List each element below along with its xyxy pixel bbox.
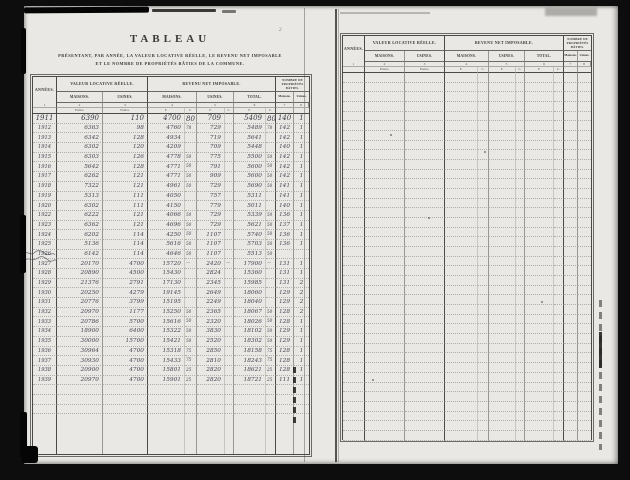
empty-row-cell [405, 373, 445, 383]
empty-row-cell [405, 170, 445, 180]
empty-row-cell [343, 305, 365, 315]
empty-row-cell [489, 170, 516, 180]
rni-maisons-cell: 15801 [148, 366, 185, 376]
empty-row-cell [516, 412, 525, 422]
empty-row-cell [564, 228, 578, 238]
rni-total-header: TOTAL. [234, 92, 276, 103]
nb-usines-cell: 2 [294, 279, 309, 289]
empty-row-cell [578, 131, 591, 141]
empty-row-cell [564, 266, 578, 276]
rni-usines-cent-cell [225, 298, 234, 308]
empty-row-cell [445, 92, 478, 102]
valeur-locative-group-header: VALEUR LOCATIVE RÉELLE. [57, 77, 148, 92]
empty-row-cell [365, 305, 405, 315]
empty-row-cell [445, 83, 478, 93]
empty-row-cell [525, 189, 554, 199]
empty-row-cell [343, 160, 365, 170]
empty-row-cell [564, 83, 578, 93]
rni-usines-cell: 2520 [197, 337, 225, 347]
rni-usines-cent-cell [225, 250, 234, 260]
vl-usines-cell: 4700 [103, 376, 148, 386]
empty-row-cell [478, 353, 489, 363]
empty-row-cell [365, 179, 405, 189]
empty-row-cell [489, 315, 516, 325]
empty-row-cell [489, 266, 516, 276]
nb-usines-cell: 2 [294, 308, 309, 318]
empty-row-cell [564, 344, 578, 354]
vl-usines-cell: 4500 [103, 269, 148, 279]
rni-usines-cent-cell [225, 143, 234, 153]
empty-row-cell [564, 257, 578, 267]
title-block: TABLEAU PRÉSENTANT, PAR ANNÉE, LA VALEUR… [32, 33, 308, 66]
empty-row-cell [525, 266, 554, 276]
empty-row-cell [445, 305, 478, 315]
empty-row-cell [525, 402, 554, 412]
empty-row-cell [445, 218, 478, 228]
nb-maisons-cell: 142 [276, 124, 294, 134]
empty-row-cell [516, 353, 525, 363]
empty-row-cell [478, 344, 489, 354]
empty-row-cell [405, 402, 445, 412]
rni-usines-cell: 709 [197, 143, 225, 153]
rni-usines-header: USINES. [197, 92, 234, 103]
empty-row-cell [445, 160, 478, 170]
rni-maisons-cell: 4700 [148, 114, 185, 124]
empty-row-cell [343, 179, 365, 189]
vl-usines-cell: 120 [103, 143, 148, 153]
rni-maisons-cent-cell: 75 [185, 356, 197, 366]
empty-row-cell [445, 141, 478, 151]
nb-usines-cell: 1 [294, 211, 309, 221]
valeur-locative-group-header: VALEUR LOCATIVE RÉELLE. [365, 36, 445, 51]
rni-usines-cell: 1107 [197, 250, 225, 260]
empty-row-cell [478, 383, 489, 393]
empty-row-cell [225, 395, 234, 405]
vl-usines-cell: 126 [103, 153, 148, 163]
nb-usines-cell: 1 [294, 114, 309, 124]
empty-row-cell [489, 160, 516, 170]
rni-usines-cent-cell [225, 211, 234, 221]
rni-total-cell: 5690 [234, 182, 266, 192]
vl-maisons-cell: 20970 [57, 308, 103, 318]
rni-maisons-cell: 4066 [148, 211, 185, 221]
empty-row-cell [445, 73, 478, 83]
empty-row-cell [405, 353, 445, 363]
year-cell: 1936 [33, 347, 57, 357]
empty-row-cell [343, 189, 365, 199]
empty-row-cell [478, 131, 489, 141]
vl-usines-cell: 121 [103, 221, 148, 231]
rni-usines-cell: 2810 [197, 356, 225, 366]
empty-row-cell [525, 150, 554, 160]
empty-row-cell [478, 373, 489, 383]
year-cell: 1922 [33, 211, 57, 221]
empty-row-cell [148, 385, 185, 395]
rni-total-cell: 5703 [234, 240, 266, 250]
empty-row-cell [525, 431, 554, 441]
nb-maisons-cell: 140 [276, 201, 294, 211]
empty-row-cell [489, 102, 516, 112]
rni-maisons-cent-cell: 50 [185, 337, 197, 347]
empty-row-cell [554, 266, 564, 276]
rni-total-cell: 18243 [234, 356, 266, 366]
rni-usines-cell: 757 [197, 192, 225, 202]
filler-cell [276, 414, 294, 454]
empty-row-cell [489, 83, 516, 93]
rni-maisons-cell: 15322 [148, 327, 185, 337]
nb-maisons-cell: 136 [276, 230, 294, 240]
empty-row-cell [516, 160, 525, 170]
empty-row-cell [489, 92, 516, 102]
empty-row-cell [516, 247, 525, 257]
nb-maisons-cell: 131 [276, 269, 294, 279]
empty-row-cell [525, 141, 554, 151]
nb-usines-cell: 1 [294, 133, 309, 143]
rni-usines-cell: 729 [197, 182, 225, 192]
rni-maisons-cell: 4760 [148, 124, 185, 134]
year-cell: 1939 [33, 376, 57, 386]
empty-row-cell [525, 112, 554, 122]
empty-row-cell [478, 247, 489, 257]
rni-maisons-cell: 4050 [148, 192, 185, 202]
empty-row-cell [365, 208, 405, 218]
rni-maisons-cell: 15433 [148, 356, 185, 366]
rni-usines-cent-cell [225, 133, 234, 143]
rni-total-cell: 5600 [234, 172, 266, 182]
empty-row-cell [554, 228, 564, 238]
rni-usines-cent-cell [225, 308, 234, 318]
empty-row-cell [478, 412, 489, 422]
rni-maisons-cent-cell [185, 279, 197, 289]
vl-usines-cell: 3799 [103, 298, 148, 308]
empty-row-cell [405, 102, 445, 112]
rni-total-cent-cell: 50 [266, 172, 276, 182]
empty-row-cell [365, 83, 405, 93]
empty-row-cell [554, 141, 564, 151]
empty-row-cell [365, 353, 405, 363]
empty-row-cell [516, 73, 525, 83]
empty-row-cell [516, 208, 525, 218]
rni-total-cell: 18621 [234, 366, 266, 376]
empty-row-cell [554, 150, 564, 160]
empty-row-cell [225, 385, 234, 395]
empty-row-cell [445, 179, 478, 189]
empty-row-cell [564, 363, 578, 373]
empty-row-cell [103, 405, 148, 415]
rni-maisons-cell: 4150 [148, 201, 185, 211]
empty-row-cell [445, 324, 478, 334]
vl-maisons-cell: 20970 [57, 376, 103, 386]
rni-usines-cent-cell [225, 172, 234, 182]
empty-row-cell [405, 150, 445, 160]
empty-row-cell [489, 363, 516, 373]
empty-row-cell [365, 286, 405, 296]
vl-usines-cell: 4279 [103, 288, 148, 298]
vl-usines-cell: 1177 [103, 308, 148, 318]
rni-maisons-cent-cell [185, 143, 197, 153]
nombre-proprietes-group-header: NOMBRE DE PROPRIÉTÉS BÂTIES. [564, 36, 591, 51]
empty-row-cell [489, 189, 516, 199]
year-cell: 1928 [33, 269, 57, 279]
rni-maisons-cell: 4961 [148, 182, 185, 192]
vl-maisons-cell: 20786 [57, 317, 103, 327]
rni-usines-cell: 1107 [197, 230, 225, 240]
rni-total-cent-cell: 75 [266, 356, 276, 366]
empty-row-cell [478, 199, 489, 209]
empty-row-cell [516, 324, 525, 334]
year-cell: 1918 [33, 182, 57, 192]
nb-maisons-cell: 111 [276, 376, 294, 386]
nb-maisons-cell: 128 [276, 347, 294, 357]
empty-row-cell [478, 102, 489, 112]
empty-row-cell [564, 150, 578, 160]
empty-row-cell [197, 405, 225, 415]
empty-row-cell [365, 266, 405, 276]
empty-row-cell [578, 383, 591, 393]
empty-row-cell [445, 353, 478, 363]
vl-usines-cell: 6400 [103, 327, 148, 337]
empty-row-cell [554, 305, 564, 315]
empty-row-cell [554, 208, 564, 218]
empty-row-cell [478, 286, 489, 296]
nb-usines-cell: 1 [294, 221, 309, 231]
filler-cell [234, 414, 266, 454]
empty-row-cell [343, 266, 365, 276]
empty-row-cell [578, 208, 591, 218]
filler-cell [148, 414, 185, 454]
empty-row-cell [405, 131, 445, 141]
scan-artifact-top-blob [24, 7, 149, 14]
document-subtitle-line1: PRÉSENTANT, PAR ANNÉE, LA VALEUR LOCATIV… [32, 53, 308, 58]
rni-maisons-cell: 19145 [148, 288, 185, 298]
rni-total-cent-cell [266, 143, 276, 153]
empty-row-cell [525, 247, 554, 257]
filler-cell [103, 414, 148, 454]
empty-row-cell [489, 421, 516, 431]
empty-row-cell [554, 412, 564, 422]
empty-row-cell [365, 160, 405, 170]
rni-usines-cell: 775 [197, 153, 225, 163]
empty-row-cell [405, 237, 445, 247]
empty-row-cell [525, 383, 554, 393]
empty-row-cell [478, 73, 489, 83]
rni-maisons-cell: 15430 [148, 269, 185, 279]
empty-row-cell [578, 315, 591, 325]
empty-row-cell [405, 315, 445, 325]
empty-row-cell [489, 334, 516, 344]
rni-maisons-cent-cell: 50 [185, 221, 197, 231]
empty-row-cell [578, 199, 591, 209]
empty-row-cell [185, 405, 197, 415]
nb-usines-cell: 1 [294, 259, 309, 269]
filler-cell [266, 414, 276, 454]
empty-row-cell [516, 295, 525, 305]
rni-total-cent-cell: 50 [266, 250, 276, 260]
empty-row-cell [525, 315, 554, 325]
empty-row-cell [478, 208, 489, 218]
empty-row-cell [365, 383, 405, 393]
rni-usines-cent-cell [225, 347, 234, 357]
empty-row-cell [578, 228, 591, 238]
empty-row-cell [554, 121, 564, 131]
empty-row-cell [445, 257, 478, 267]
empty-row-cell [343, 412, 365, 422]
rni-usines-cent-cell [225, 317, 234, 327]
empty-row-cell [266, 395, 276, 405]
vl-usines-cell: 4700 [103, 356, 148, 366]
empty-row-cell [554, 276, 564, 286]
nb-usines-cell: 1 [294, 356, 309, 366]
rni-total-cent-cell [266, 298, 276, 308]
rni-usines-cent-cell [225, 269, 234, 279]
nb-usines-cell: 1 [294, 337, 309, 347]
empty-row-cell [343, 324, 365, 334]
rni-maisons-cent-cell: 25 [185, 366, 197, 376]
empty-row-cell [405, 324, 445, 334]
empty-row-cell [525, 131, 554, 141]
empty-row-cell [343, 392, 365, 402]
rni-total-cent-cell: 50 [266, 230, 276, 240]
empty-row-cell [554, 363, 564, 373]
ink-streak-right-page [599, 300, 602, 450]
empty-row-cell [489, 131, 516, 141]
rni-total-cell: 18721 [234, 376, 266, 386]
rni-maisons-cent-cell: 50 [185, 230, 197, 240]
vl-maisons-header: MAISONS. [365, 51, 405, 62]
year-cell: 1923 [33, 221, 57, 231]
empty-row-cell [405, 121, 445, 131]
empty-row-cell [489, 305, 516, 315]
empty-row-cell [564, 199, 578, 209]
nb-usines-cell: 1 [294, 172, 309, 182]
empty-row-cell [343, 315, 365, 325]
nombre-proprietes-group-header: NOMBRE DE PROPRIÉTÉS BÂTIES. [276, 77, 309, 92]
empty-row-cell [405, 344, 445, 354]
rni-usines-cell: 2824 [197, 269, 225, 279]
vl-maisons-cell: 21376 [57, 279, 103, 289]
empty-row-cell [405, 421, 445, 431]
empty-row-cell [445, 208, 478, 218]
nb-maisons-cell: 129 [276, 327, 294, 337]
nb-usines-cell: 2 [294, 298, 309, 308]
nb-maisons-cell: 128 [276, 317, 294, 327]
nb-maisons-cell: 136 [276, 240, 294, 250]
vl-maisons-cell: 20776 [57, 298, 103, 308]
empty-row-cell [489, 402, 516, 412]
rni-usines-cell: 2345 [197, 279, 225, 289]
empty-row-cell [554, 83, 564, 93]
empty-row-cell [564, 305, 578, 315]
empty-row-cell [578, 189, 591, 199]
empty-row-cell [554, 160, 564, 170]
rni-usines-cell: 729 [197, 221, 225, 231]
rni-total-cell: 5641 [234, 133, 266, 143]
rni-usines-cell: 2365 [197, 308, 225, 318]
rni-usines-cent-cell [225, 356, 234, 366]
empty-row-cell [554, 257, 564, 267]
empty-row-cell [33, 405, 57, 415]
empty-row-cell [516, 373, 525, 383]
empty-row-cell [405, 92, 445, 102]
nb-maisons-cell: 140 [276, 114, 294, 124]
vl-usines-cell: 5700 [103, 317, 148, 327]
vl-maisons-cell: 6302 [57, 201, 103, 211]
empty-row-cell [554, 392, 564, 402]
empty-row-cell [554, 353, 564, 363]
empty-row-cell [489, 276, 516, 286]
empty-row-cell [554, 179, 564, 189]
empty-row-cell [489, 112, 516, 122]
rni-usines-cell: 2420 [197, 259, 225, 269]
rni-maisons-cell: 15250 [148, 308, 185, 318]
rni-total-cell: 18158 [234, 347, 266, 357]
rni-maisons-cent-cell: 50 [185, 317, 197, 327]
rni-maisons-cell: 15195 [148, 298, 185, 308]
rni-total-cell: 5513 [234, 250, 266, 260]
empty-row-cell [578, 247, 591, 257]
rni-total-cell: 5600 [234, 162, 266, 172]
rni-total-cent-cell: 25 [266, 366, 276, 376]
empty-row-cell [564, 170, 578, 180]
empty-row-cell [578, 257, 591, 267]
empty-row-cell [478, 228, 489, 238]
empty-row-cell [564, 402, 578, 412]
empty-row-cell [554, 421, 564, 431]
nb-maisons-cell: 142 [276, 153, 294, 163]
empty-row-cell [564, 189, 578, 199]
empty-row-cell [525, 160, 554, 170]
empty-row-cell [57, 405, 103, 415]
empty-row-cell [57, 395, 103, 405]
rni-maisons-cell: 15318 [148, 347, 185, 357]
rni-usines-cent-cell [225, 201, 234, 211]
empty-row-cell [405, 112, 445, 122]
rni-total-cent-cell: 50 [266, 211, 276, 221]
scan-artifact-top-right-smudge [545, 8, 597, 16]
empty-row-cell [343, 383, 365, 393]
empty-row-cell [478, 324, 489, 334]
empty-row-cell [365, 295, 405, 305]
rni-usines-cell: 2249 [197, 298, 225, 308]
year-cell: 1912 [33, 124, 57, 134]
empty-row-cell [489, 412, 516, 422]
rni-maisons-cent-cell: 50 [185, 240, 197, 250]
revenu-imposable-group-header: REVENU NET IMPOSABLE. [148, 77, 276, 92]
empty-row-cell [343, 199, 365, 209]
vl-usines-cell: 2791 [103, 279, 148, 289]
left-page-table: ANNÉES.VALEUR LOCATIVE RÉELLE.REVENU NET… [32, 76, 310, 455]
rni-usines-cent-cell [225, 376, 234, 386]
empty-row-cell [445, 199, 478, 209]
empty-row-cell [445, 266, 478, 276]
rni-total-cent-cell: 50 [266, 327, 276, 337]
rni-total-cell: 5011 [234, 201, 266, 211]
empty-row-cell [554, 170, 564, 180]
vl-usines-cell: 121 [103, 172, 148, 182]
empty-row-cell [197, 395, 225, 405]
empty-row-cell [276, 385, 294, 395]
empty-row-cell [365, 373, 405, 383]
nb-usines-cell: 1 [294, 192, 309, 202]
empty-row-cell [525, 305, 554, 315]
empty-row-cell [266, 405, 276, 415]
empty-row-cell [554, 102, 564, 112]
empty-row-cell [343, 92, 365, 102]
empty-row-cell [103, 385, 148, 395]
empty-row-cell [554, 315, 564, 325]
empty-row-cell [525, 353, 554, 363]
rni-maisons-cell: 4209 [148, 143, 185, 153]
